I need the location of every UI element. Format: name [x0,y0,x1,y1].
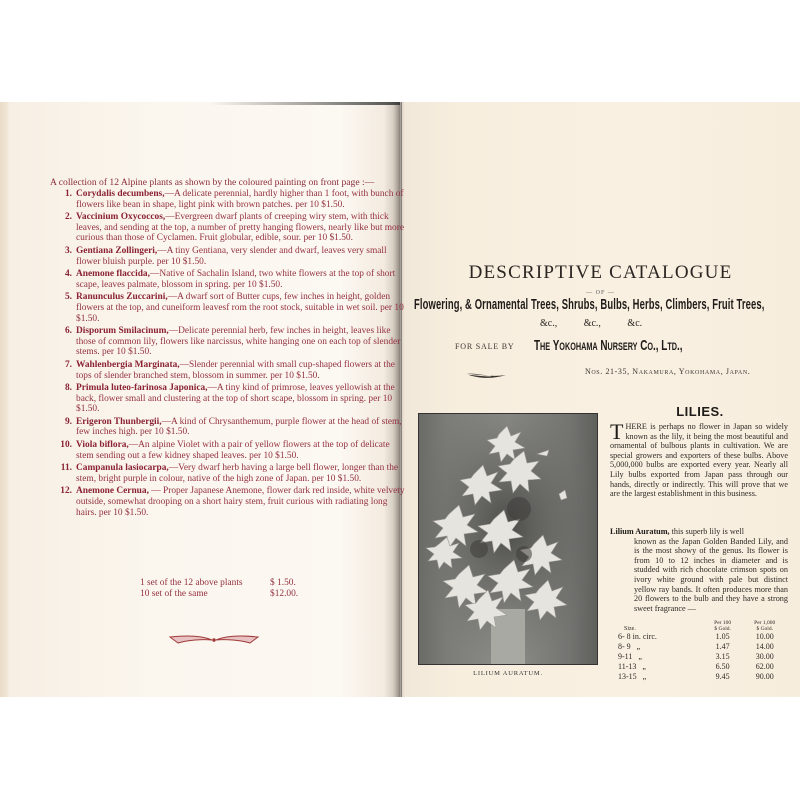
catalogue-title: DESCRIPTIVE CATALOGUE [401,262,800,284]
plant-number: 3. [56,246,72,257]
lilium-auratum-text: known as the Japan Golden Banded Lily, a… [610,537,788,614]
company-address: Nos. 21-35, Nakamura, Yokohama, Japan. [585,367,750,376]
plant-number: 7. [56,360,72,371]
plant-name: Anemone Cernua, [76,486,149,496]
plant-entry: 2.Vaccinium Oxycoccos,—Evergreen dwarf p… [62,212,407,244]
plant-name: Corydalis decumbens, [76,189,165,199]
photo-caption: LILIUM AURATUM. [418,670,598,677]
plant-number: 5. [56,292,72,303]
lilium-auratum-name: Lilium Auratum, [610,527,670,536]
for-sale-by: FOR SALE BY [455,342,514,351]
plant-number: 9. [56,417,72,428]
plant-name: Primula luteo-farinosa Japonica, [76,383,208,393]
plant-entry: 8.Primula luteo-farinosa Japonica,—A tin… [62,383,407,415]
price-cell: 1.47 [704,642,741,652]
price-cell: 62.00 [741,662,788,672]
ornament-flourish-icon [465,370,507,380]
price-table-row: 13-15 „9.4590.00 [618,672,788,682]
plant-entry: 12.Anemone Cernua, — Proper Japanese Ane… [62,486,407,518]
price-table-header: Size. [618,620,704,632]
plant-name: Vaccinium Oxycoccos, [76,212,165,222]
plant-name: Erigeron Thunbergii, [76,417,162,427]
set-price: $ 1.50. [270,578,296,589]
page-edge-shadow [210,102,400,105]
plant-number: 11. [56,463,72,474]
plant-entry: 9.Erigeron Thunbergii,—A kind of Chrysan… [62,417,407,438]
lilies-heading: LILIES. [610,404,790,419]
plant-name: Gentiana Zollingeri, [76,246,157,256]
plant-entry: 6.Disporum Smilacinum,—Delicate perennia… [62,326,407,358]
plant-entry: 5.Ranunculus Zuccarini,—A dwarf sort of … [62,292,407,324]
lilies-intro-text: HERE is perhaps no flower in Japan so wi… [610,422,788,498]
company-name: The Yokohama Nursery Co., Ltd., [534,337,683,354]
price-cell: 30.00 [741,652,788,662]
catalogue-subtitle: Flowering, & Ornamental Trees, Shrubs, B… [414,296,647,313]
price-cell: 9.45 [704,672,741,682]
bulb-size: 8- 9 „ [618,642,704,652]
bulb-size: 6- 8 in. circ. [618,632,704,642]
plant-number: 4. [56,269,72,280]
plant-number: 12. [56,486,72,497]
lilium-auratum-photo [418,413,598,665]
plant-entry: 10.Viola biflora,—An alpine Violet with … [62,440,407,461]
plant-number: 8. [56,383,72,394]
set-prices: 1 set of the 12 above plants$ 1.50.10 se… [140,578,298,600]
price-table-row: 6- 8 in. circ.1.0510.00 [618,632,788,642]
price-cell: 6.50 [704,662,741,672]
plant-entry: 1.Corydalis decumbens,—A delicate perenn… [62,189,407,210]
set-price: $12.00. [270,589,298,600]
price-table-row: 9-11 „3.1530.00 [618,652,788,662]
price-cell: 90.00 [741,672,788,682]
lilium-auratum-description: Lilium Auratum, this superb lily is well… [610,527,788,613]
plant-entry: 3.Gentiana Zollingeri,—A tiny Gentiana, … [62,246,407,267]
plant-number: 2. [56,212,72,223]
plant-number: 1. [56,189,72,200]
ornament-divider-icon [168,632,260,648]
alpine-collection-intro: A collection of 12 Alpine plants as show… [50,177,395,188]
price-cell: 1.05 [704,632,741,642]
lily-price-table: Size.Per 100$ Gold.Per 1,000$ Gold. 6- 8… [618,620,788,682]
plant-name: Viola biflora, [76,440,129,450]
plant-entry: 4.Anemone flaccida,—Native of Sachalin I… [62,269,407,290]
set-price-row: 10 set of the same$12.00. [140,589,298,600]
bulb-size: 13-15 „ [618,672,704,682]
bulb-size: 9-11 „ [618,652,704,662]
price-table-row: 11-13 „6.5062.00 [618,662,788,672]
set-price-row: 1 set of the 12 above plants$ 1.50. [140,578,298,589]
plant-entry: 11.Campanula lasiocarpa,—Very dwarf herb… [62,463,407,484]
plant-number: 10. [56,440,72,451]
set-label: 1 set of the 12 above plants [140,578,270,589]
plant-name: Wahlenbergia Marginata, [76,360,180,370]
set-label: 10 set of the same [140,589,270,600]
etcetera-line: &c., &c., &c. [540,318,642,329]
price-cell: 10.00 [741,632,788,642]
plant-name: Ranunculus Zuccarini, [76,292,168,302]
alpine-plant-list: 1.Corydalis decumbens,—A delicate perenn… [62,189,407,520]
price-cell: 3.15 [704,652,741,662]
lilies-intro: THERE is perhaps no flower in Japan so w… [610,422,788,499]
plant-entry: 7.Wahlenbergia Marginata,—Slender perenn… [62,360,407,381]
plant-name: Campanula lasiocarpa, [76,463,169,473]
plant-name: Anemone flaccida, [76,269,150,279]
price-table-header: Per 1,000$ Gold. [741,620,788,632]
price-cell: 14.00 [741,642,788,652]
price-table-row: 8- 9 „1.4714.00 [618,642,788,652]
bulb-size: 11-13 „ [618,662,704,672]
drop-cap: T [610,423,623,441]
price-table-header: Per 100$ Gold. [704,620,741,632]
plant-name: Disporum Smilacinum, [76,326,169,336]
plant-number: 6. [56,326,72,337]
